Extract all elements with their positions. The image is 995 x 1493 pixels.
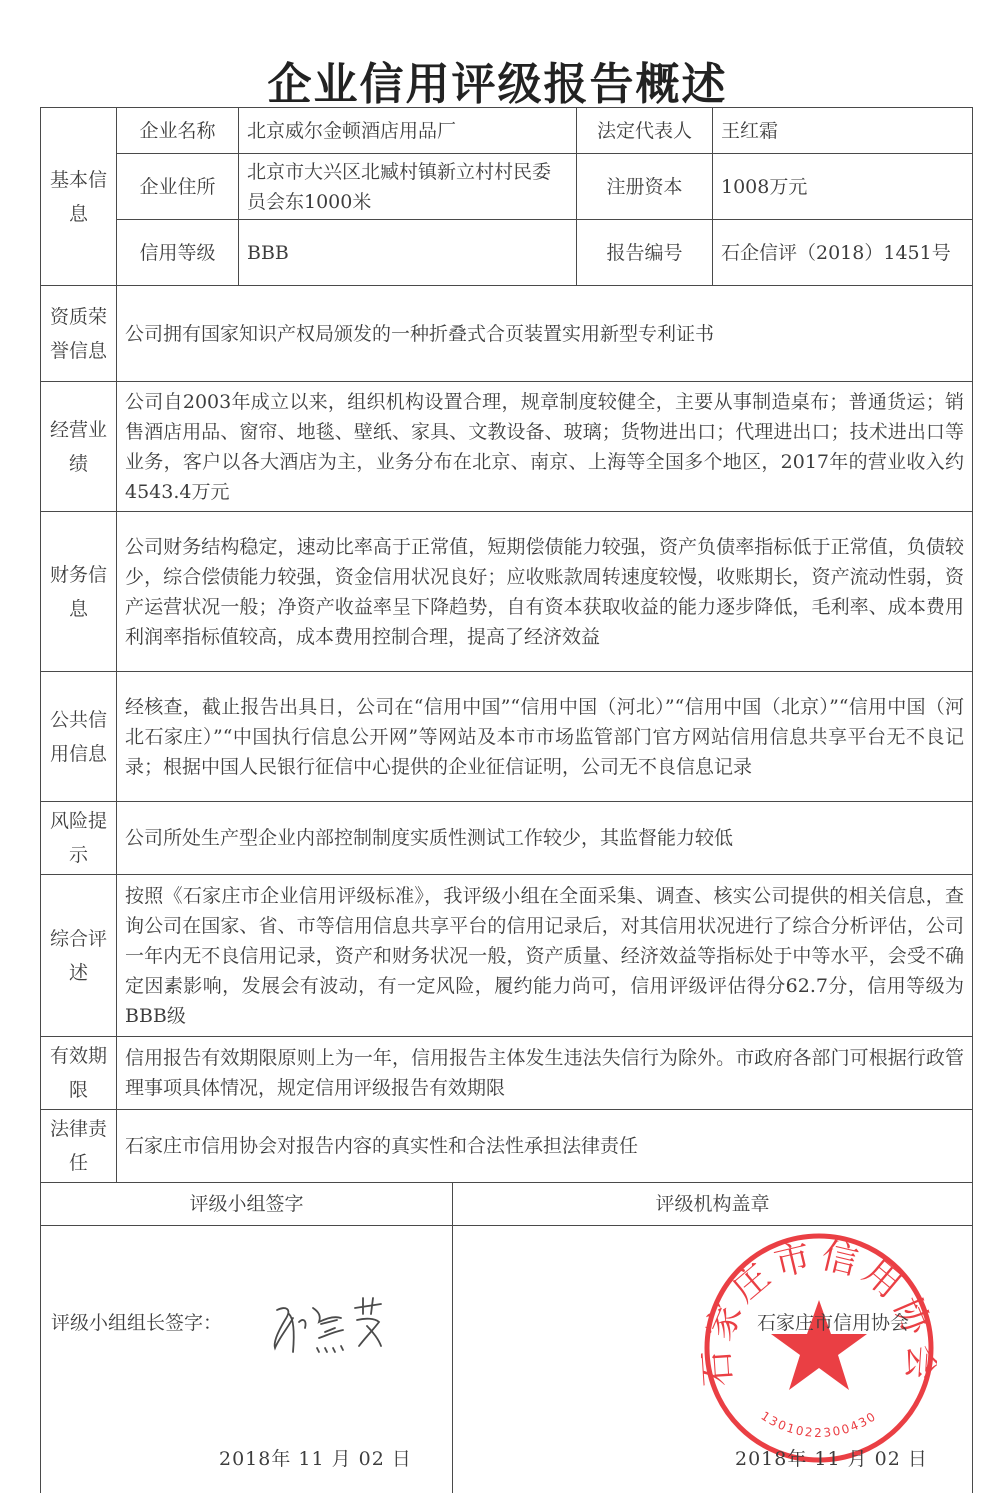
- official-seal-icon: 石家庄市信用协会 1301022300430: [701, 1230, 937, 1466]
- row-validity-period: 有效期限 信用报告有效期限原则上为一年，信用报告主体发生违法失信行为除外。市政府…: [41, 1037, 973, 1110]
- section-label: 经营业绩: [41, 382, 117, 512]
- team-leader-label: 评级小组组长签字：: [51, 1308, 222, 1338]
- section-label: 公共信用信息: [41, 672, 117, 802]
- row-business-performance: 经营业绩 公司自2003年成立以来，组织机构设置合理，规章制度较健全，主要从事制…: [41, 382, 973, 512]
- section-label-basic-info: 基本信息: [41, 108, 117, 286]
- report-table: 基本信息 企业名称 北京威尔金顿酒店用品厂 法定代表人 王红霜 企业住所 北京市…: [40, 107, 972, 1493]
- team-sign-date: 2018年 11 月 02 日: [219, 1444, 412, 1474]
- seal-area: 石家庄市信用协会 1301022300430 石家庄市信用协会 2018年 11…: [453, 1225, 973, 1493]
- rating-org-name: 石家庄市信用协会: [757, 1308, 909, 1338]
- row-address: 企业住所 北京市大兴区北臧村镇新立村村民委员会东1000米 注册资本 1008万…: [41, 154, 973, 220]
- section-label: 资质荣誉信息: [41, 286, 117, 382]
- section-text: 公司所处生产型企业内部控制制度实质性测试工作较少，其监督能力较低: [117, 802, 973, 875]
- section-label: 法律责任: [41, 1110, 117, 1183]
- label-company-name: 企业名称: [117, 108, 239, 154]
- section-label: 有效期限: [41, 1037, 117, 1110]
- value-address: 北京市大兴区北臧村镇新立村村民委员会东1000米: [239, 154, 577, 220]
- row-overall-review: 综合评述 按照《石家庄市企业信用评级标准》，我评级小组在全面采集、调查、核实公司…: [41, 875, 973, 1037]
- label-credit-grade: 信用等级: [117, 220, 239, 286]
- document-title: 企业信用评级报告概述: [0, 48, 995, 112]
- label-registered-capital: 注册资本: [577, 154, 713, 220]
- value-report-number: 石企信评（2018）1451号: [713, 220, 973, 286]
- label-address: 企业住所: [117, 154, 239, 220]
- section-text: 经核查，截止报告出具日，公司在“信用中国”“信用中国（河北）”“信用中国（北京）…: [117, 672, 973, 802]
- value-credit-grade: BBB: [239, 220, 577, 286]
- signature-header-seal: 评级机构盖章: [453, 1182, 973, 1225]
- row-financial-info: 财务信息 公司财务结构稳定，速动比率高于正常值，短期偿债能力较强，资产负债率指标…: [41, 512, 973, 672]
- section-label: 综合评述: [41, 875, 117, 1037]
- section-text: 石家庄市信用协会对报告内容的真实性和合法性承担法律责任: [117, 1110, 973, 1183]
- row-credit-grade: 信用等级 BBB 报告编号 石企信评（2018）1451号: [41, 220, 973, 286]
- row-company-name: 基本信息 企业名称 北京威尔金顿酒店用品厂 法定代表人 王红霜: [41, 108, 973, 154]
- label-report-number: 报告编号: [577, 220, 713, 286]
- signature-header-team: 评级小组签字: [41, 1182, 453, 1225]
- seal-date: 2018年 11 月 02 日: [735, 1444, 928, 1474]
- label-legal-rep: 法定代表人: [577, 108, 713, 154]
- row-legal-liability: 法律责任 石家庄市信用协会对报告内容的真实性和合法性承担法律责任: [41, 1110, 973, 1183]
- value-registered-capital: 1008万元: [713, 154, 973, 220]
- row-qualifications: 资质荣誉信息 公司拥有国家知识产权局颁发的一种折叠式合页装置实用新型专利证书: [41, 286, 973, 382]
- section-label: 财务信息: [41, 512, 117, 672]
- row-risk-notice: 风险提示 公司所处生产型企业内部控制制度实质性测试工作较少，其监督能力较低: [41, 802, 973, 875]
- row-public-credit-info: 公共信用信息 经核查，截止报告出具日，公司在“信用中国”“信用中国（河北）”“信…: [41, 672, 973, 802]
- handwritten-signature-icon: [263, 1288, 393, 1368]
- team-signature-area: 评级小组组长签字： 2018年 11 月 02 日: [41, 1225, 453, 1493]
- section-text: 公司拥有国家知识产权局颁发的一种折叠式合页装置实用新型专利证书: [117, 286, 973, 382]
- section-label: 风险提示: [41, 802, 117, 875]
- svg-text:1301022300430: 1301022300430: [759, 1408, 880, 1439]
- section-text: 公司财务结构稳定，速动比率高于正常值，短期偿债能力较强，资产负债率指标低于正常值…: [117, 512, 973, 672]
- section-text: 公司自2003年成立以来，组织机构设置合理，规章制度较健全，主要从事制造桌布；普…: [117, 382, 973, 512]
- value-legal-rep: 王红霜: [713, 108, 973, 154]
- section-text: 按照《石家庄市企业信用评级标准》，我评级小组在全面采集、调查、核实公司提供的相关…: [117, 875, 973, 1037]
- section-text: 信用报告有效期限原则上为一年，信用报告主体发生违法失信行为除外。市政府各部门可根…: [117, 1037, 973, 1110]
- value-company-name: 北京威尔金顿酒店用品厂: [239, 108, 577, 154]
